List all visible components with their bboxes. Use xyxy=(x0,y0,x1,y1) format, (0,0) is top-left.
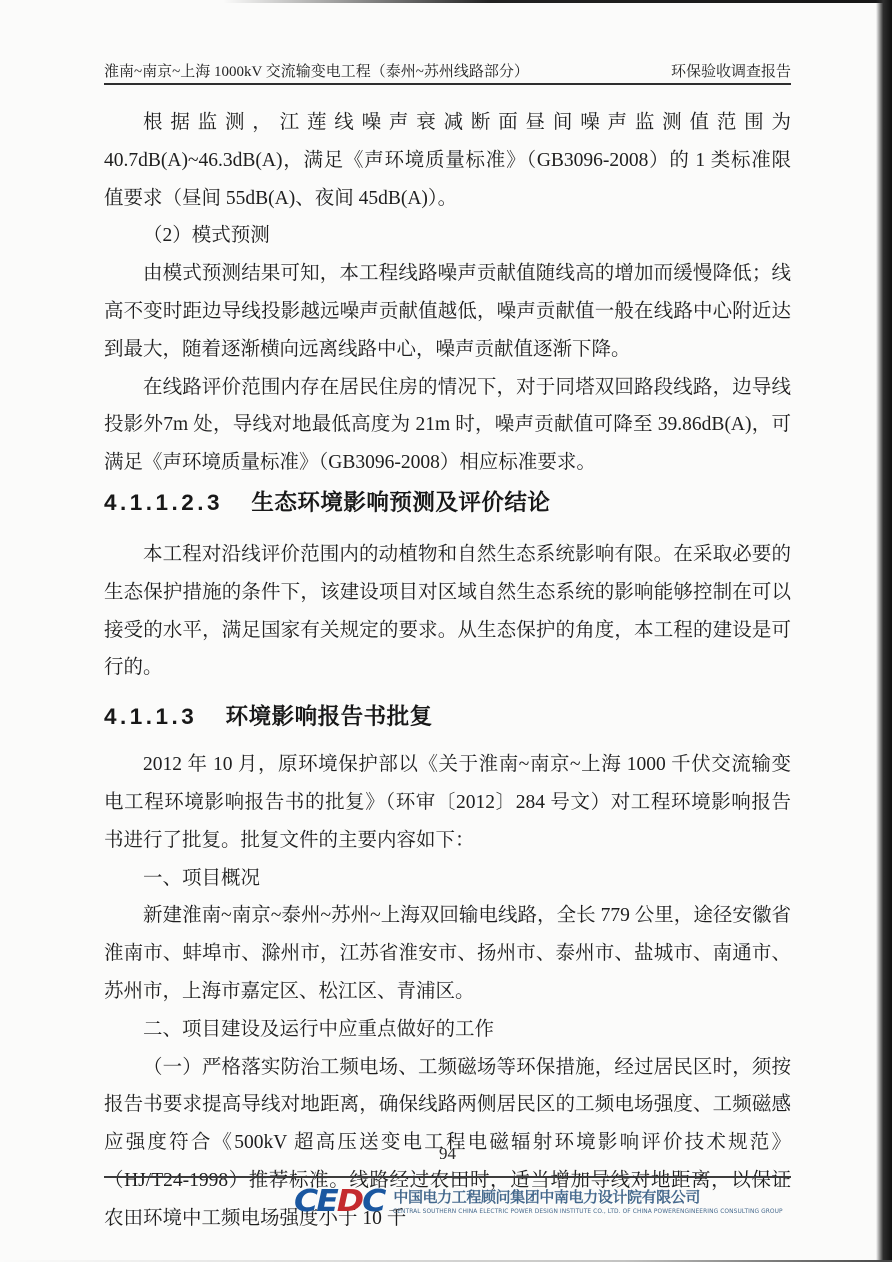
paragraph-item-two-label: 二、项目建设及运行中应重点做好的工作 xyxy=(104,1011,791,1049)
scan-edge-top xyxy=(0,0,892,3)
paragraph-project-overview: 新建淮南~南京~泰州~苏州~上海双回输电线路，全长 779 公里，途径安徽省淮南… xyxy=(104,897,791,1010)
section-heading-eia-approval: 4.1.1.3 环境影响报告书批复 xyxy=(104,700,791,734)
footer-rule xyxy=(104,1176,791,1178)
cedc-letter: E xyxy=(316,1183,337,1219)
header-right-title: 环保验收调查报告 xyxy=(671,60,791,81)
footer-logo: CEDC 中国电力工程顾问集团中南电力设计院有限公司 CENTRAL SOUTH… xyxy=(104,1183,791,1219)
header-left-title: 淮南~南京~上海 1000kV 交流输变电工程（泰州~苏州线路部分） xyxy=(104,60,529,81)
paragraph-mode-prediction-result: 由模式预测结果可知，本工程线路噪声贡献值随线高的增加而缓慢降低；线高不变时距边导… xyxy=(104,255,791,368)
section-number: 4.1.1.3 xyxy=(104,704,197,729)
page-header: 淮南~南京~上海 1000kV 交流输变电工程（泰州~苏州线路部分） 环保验收调… xyxy=(104,60,791,81)
cedc-logo-icon: CEDC xyxy=(294,1184,384,1217)
paragraph-approval-document: 2012 年 10 月，原环境保护部以《关于淮南~南京~上海 1000 千伏交流… xyxy=(104,746,791,859)
scan-edge-right xyxy=(876,0,892,1262)
section-heading-ecology: 4.1.1.2.3 生态环境影响预测及评价结论 xyxy=(104,486,791,520)
cedc-letter: D xyxy=(337,1183,362,1219)
company-name-en: CENTRAL SOUTHERN CHINA ELECTRIC POWER DE… xyxy=(393,1207,783,1216)
paragraph-ecology-conclusion: 本工程对沿线评价范围内的动植物和自然生态系统影响有限。在采取必要的生态保护措施的… xyxy=(104,536,791,687)
cedc-letter: C xyxy=(362,1183,384,1219)
section-number: 4.1.1.2.3 xyxy=(104,490,223,515)
paragraph-noise-monitoring: 根据监测，江莲线噪声衰减断面昼间噪声监测值范围为 40.7dB(A)~46.3d… xyxy=(104,104,791,217)
section-title: 生态环境影响预测及评价结论 xyxy=(251,490,550,515)
section-title: 环境影响报告书批复 xyxy=(226,704,433,729)
cedc-letter: C xyxy=(294,1183,316,1219)
paragraph-mode-prediction-label: （2）模式预测 xyxy=(104,217,791,255)
logo-text-column: 中国电力工程顾问集团中南电力设计院有限公司 CENTRAL SOUTHERN C… xyxy=(393,1187,791,1216)
company-name-cn: 中国电力工程顾问集团中南电力设计院有限公司 xyxy=(393,1187,700,1207)
document-body: 根据监测，江莲线噪声衰减断面昼间噪声监测值范围为 40.7dB(A)~46.3d… xyxy=(104,104,791,1238)
document-page: 淮南~南京~上海 1000kV 交流输变电工程（泰州~苏州线路部分） 环保验收调… xyxy=(0,0,892,1262)
header-rule xyxy=(104,83,791,85)
paragraph-residential-noise: 在线路评价范围内存在居民住房的情况下，对于同塔双回路段线路，边导线投影外7m 处… xyxy=(104,369,791,482)
page-number: 94 xyxy=(104,1144,791,1164)
paragraph-item-one-label: 一、项目概况 xyxy=(104,860,791,898)
